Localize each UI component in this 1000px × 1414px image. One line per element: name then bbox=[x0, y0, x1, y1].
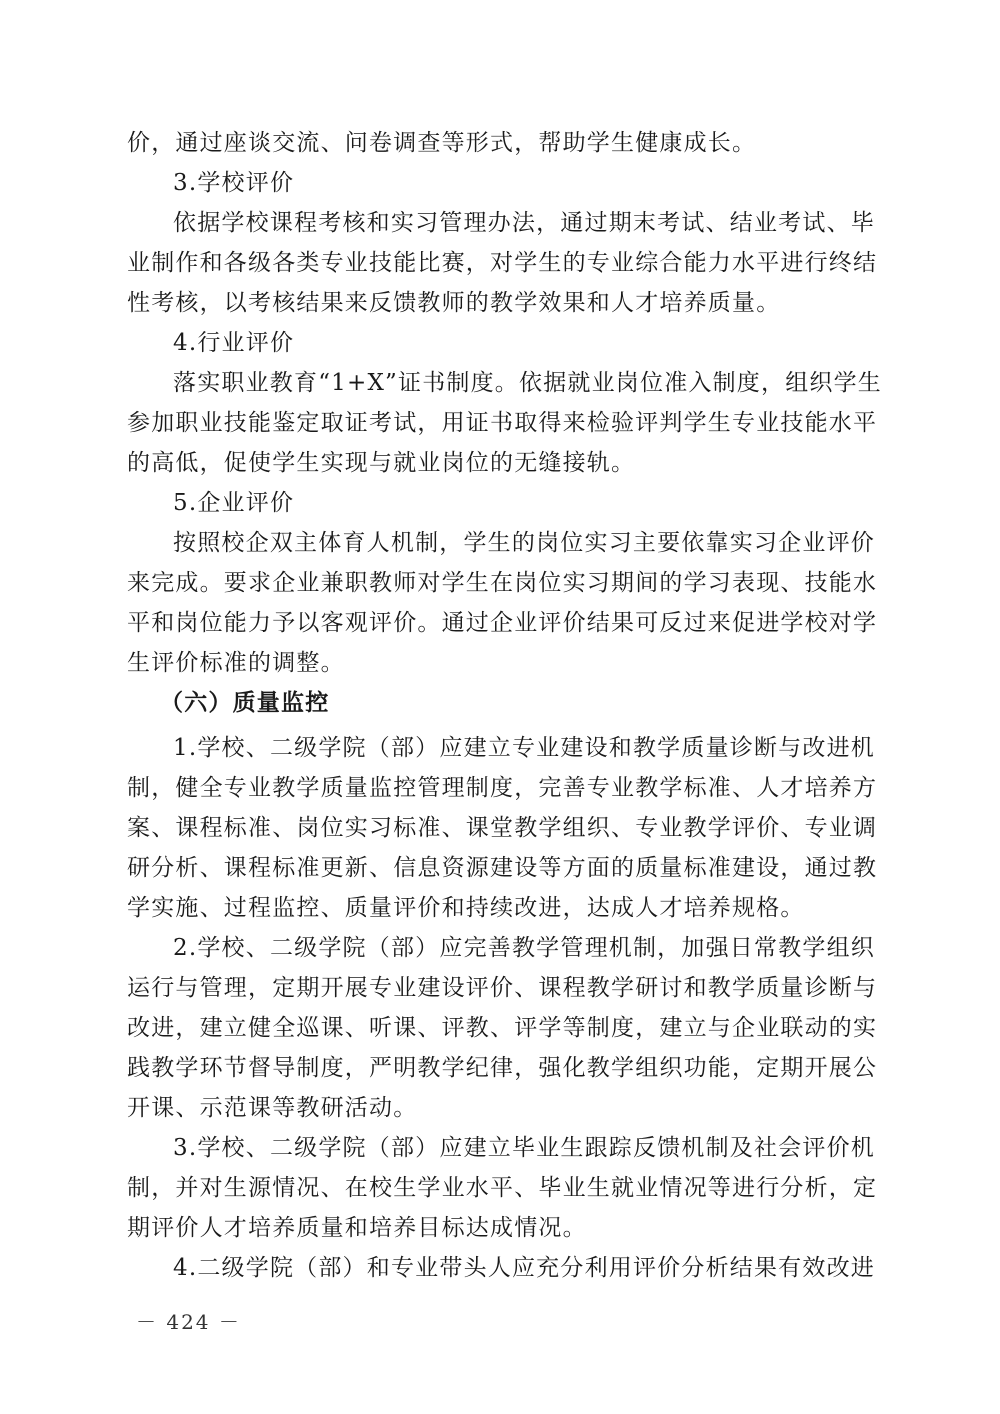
paragraph-line: 制，健全专业教学质量监控管理制度，完善专业教学标准、人才培养方 bbox=[127, 773, 875, 803]
paragraph-line: 3.学校、二级学院（部）应建立毕业生跟踪反馈机制及社会评价机 bbox=[173, 1133, 875, 1163]
paragraph-line: 按照校企双主体育人机制，学生的岗位实习主要依靠实习企业评价 bbox=[173, 528, 875, 558]
paragraph-line: 改进，建立健全巡课、听课、评教、评学等制度，建立与企业联动的实 bbox=[127, 1013, 875, 1043]
subheading-industry-evaluation: 4.行业评价 bbox=[173, 328, 875, 358]
paragraph-line: 性考核，以考核结果来反馈教师的教学效果和人才培养质量。 bbox=[127, 288, 875, 318]
subheading-enterprise-evaluation: 5.企业评价 bbox=[173, 488, 875, 518]
paragraph-line: 参加职业技能鉴定取证考试，用证书取得来检验评判学生专业技能水平 bbox=[127, 408, 875, 438]
paragraph-line: 4.二级学院（部）和专业带头人应充分利用评价分析结果有效改进 bbox=[173, 1253, 875, 1283]
paragraph-line: 案、课程标准、岗位实习标准、课堂教学组织、专业教学评价、专业调 bbox=[127, 813, 875, 843]
paragraph-line: 价，通过座谈交流、问卷调查等形式，帮助学生健康成长。 bbox=[127, 128, 875, 158]
paragraph-line: 学实施、过程监控、质量评价和持续改进，达成人才培养规格。 bbox=[127, 893, 875, 923]
page-number: － 424 － bbox=[136, 1306, 241, 1335]
paragraph-line: 践教学环节督导制度，严明教学纪律，强化教学组织功能，定期开展公 bbox=[127, 1053, 875, 1083]
paragraph-line: 研分析、课程标准更新、信息资源建设等方面的质量标准建设，通过教 bbox=[127, 853, 875, 883]
subheading-school-evaluation: 3.学校评价 bbox=[173, 168, 875, 198]
paragraph-line: 落实职业教育“1+X”证书制度。依据就业岗位准入制度，组织学生 bbox=[173, 368, 875, 398]
paragraph-line: 来完成。要求企业兼职教师对学生在岗位实习期间的学习表现、技能水 bbox=[127, 568, 875, 598]
paragraph-line: 业制作和各级各类专业技能比赛，对学生的专业综合能力水平进行终结 bbox=[127, 248, 875, 278]
paragraph-line: 依据学校课程考核和实习管理办法，通过期末考试、结业考试、毕 bbox=[173, 208, 875, 238]
paragraph-line: 期评价人才培养质量和培养目标达成情况。 bbox=[127, 1213, 875, 1243]
paragraph-line: 平和岗位能力予以客观评价。通过企业评价结果可反过来促进学校对学 bbox=[127, 608, 875, 638]
paragraph-line: 生评价标准的调整。 bbox=[127, 648, 875, 678]
paragraph-line: 运行与管理，定期开展专业建设评价、课程教学研讨和教学质量诊断与 bbox=[127, 973, 875, 1003]
paragraph-line: 的高低，促使学生实现与就业岗位的无缝接轨。 bbox=[127, 448, 875, 478]
paragraph-line: 制，并对生源情况、在校生学业水平、毕业生就业情况等进行分析，定 bbox=[127, 1173, 875, 1203]
section-heading-quality-monitoring: （六）质量监控 bbox=[160, 688, 862, 718]
paragraph-line: 1.学校、二级学院（部）应建立专业建设和教学质量诊断与改进机 bbox=[173, 733, 875, 763]
paragraph-line: 2.学校、二级学院（部）应完善教学管理机制，加强日常教学组织 bbox=[173, 933, 875, 963]
paragraph-line: 开课、示范课等教研活动。 bbox=[127, 1093, 875, 1123]
